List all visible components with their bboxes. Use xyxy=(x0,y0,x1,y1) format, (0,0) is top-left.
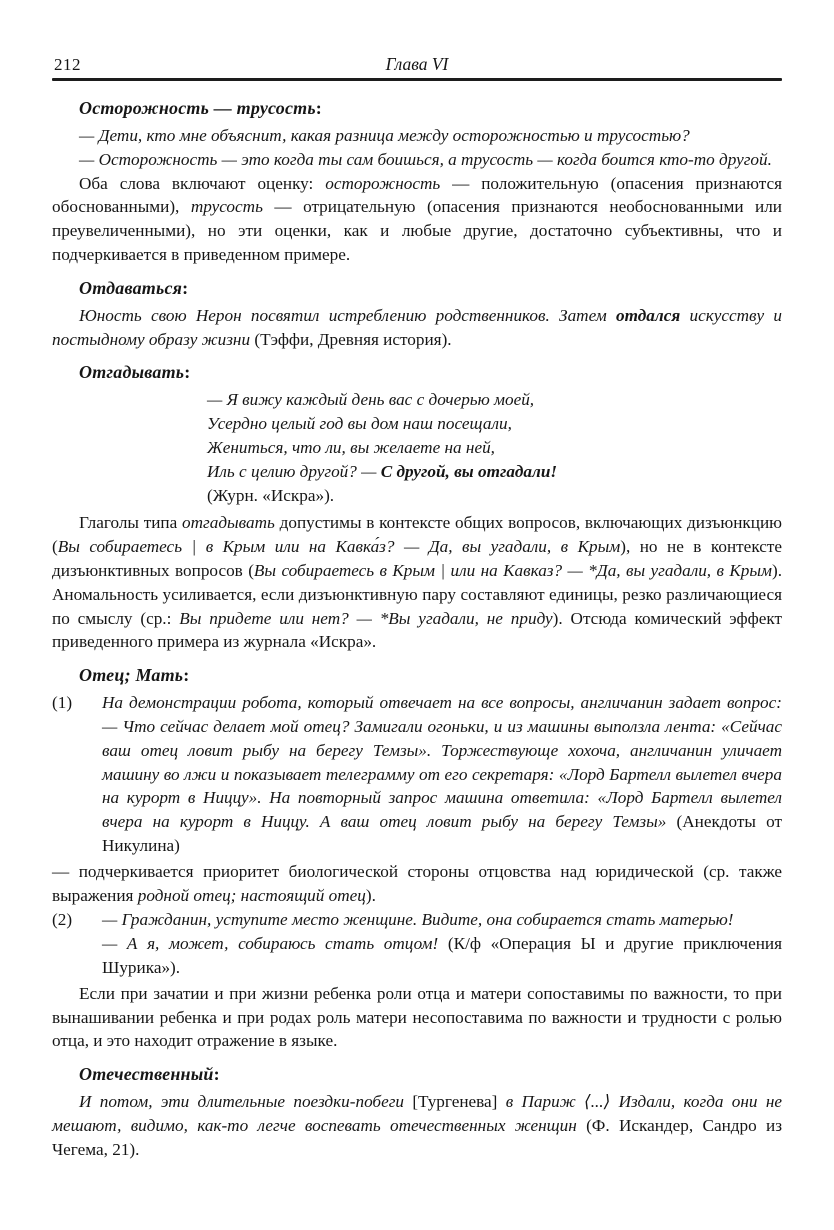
header-rule xyxy=(52,78,782,81)
body-paragraph: — подчеркивается приоритет биологической… xyxy=(52,860,782,908)
text-run: Отгадывать xyxy=(79,362,184,382)
quote-paragraph: Юность свою Нерон посвятил истреблению р… xyxy=(52,304,782,352)
text-run: Вы придете или нет? — *Вы угадали, не пр… xyxy=(179,609,552,628)
example-number: (1) xyxy=(52,691,102,858)
text-run: Отец; Мать xyxy=(79,665,183,685)
text-run: родной отец; настоящий отец xyxy=(138,886,366,905)
verse-block: — Я вижу каждый день вас с дочерью моей,… xyxy=(52,388,782,507)
example-paragraph: На демонстрации робота, который отвечает… xyxy=(102,691,782,858)
text-run: : xyxy=(316,98,322,118)
text-run: Усердно целый год вы дом наш посещали, xyxy=(207,414,512,433)
verse-line: Жениться, что ли, вы желаете на ней, xyxy=(207,436,782,460)
entry-heading: Отечественный: xyxy=(52,1062,782,1086)
text-run: Если при зачатии и при жизни ребенка рол… xyxy=(52,984,782,1051)
quote-paragraph: — Дети, кто мне объяснит, какая разница … xyxy=(52,124,782,148)
text-run: отгадывать xyxy=(182,513,275,532)
numbered-example: (2)— Гражданин, уступите место женщине. … xyxy=(52,908,782,979)
text-run: (Журн. «Искра»). xyxy=(207,486,334,505)
entry-heading: Осторожность — трусость: xyxy=(52,96,782,120)
text-run: : xyxy=(183,665,189,685)
text-run: осторожность xyxy=(325,174,440,193)
verse-line: Иль с целию другой? — С другой, вы отгад… xyxy=(207,460,782,484)
example-paragraph: — Гражданин, уступите место женщине. Вид… xyxy=(102,908,782,932)
text-run: Жениться, что ли, вы желаете на ней, xyxy=(207,438,495,457)
text-run: : xyxy=(182,278,188,298)
text-run: : xyxy=(214,1064,220,1084)
example-body: На демонстрации робота, который отвечает… xyxy=(102,691,782,858)
quote-paragraph: И потом, эти длительные поездки-побеги [… xyxy=(52,1090,782,1161)
example-paragraph: — А я, может, собираюсь стать отцом! (К/… xyxy=(102,932,782,980)
text-run: И потом, эти длительные поездки-побеги xyxy=(79,1092,412,1111)
example-number: (2) xyxy=(52,908,102,979)
chapter-title: Глава VI xyxy=(52,54,782,75)
text-run: Вы собираетесь | в Крым или на Кавка́з? … xyxy=(58,537,621,556)
text-run: На демонстрации робота, который отвечает… xyxy=(102,693,782,831)
body-paragraph: Если при зачатии и при жизни ребенка рол… xyxy=(52,982,782,1053)
body-paragraph: Глаголы типа отгадывать допустимы в конт… xyxy=(52,511,782,654)
text-run: Вы собираетесь в Крым | или на Кавказ? —… xyxy=(254,561,772,580)
entry-heading: Отгадывать: xyxy=(52,360,782,384)
text-run: (Тэффи, Древняя история). xyxy=(250,330,452,349)
text-run: Оба слова включают оценку: xyxy=(79,174,325,193)
text-run: — А я, может, собираюсь стать отцом! xyxy=(102,934,438,953)
text-run: — Гражданин, уступите место женщине. Вид… xyxy=(102,910,734,929)
text-run: трусость xyxy=(191,197,263,216)
example-body: — Гражданин, уступите место женщине. Вид… xyxy=(102,908,782,979)
text-run: Отечественный xyxy=(79,1064,214,1084)
text-run: ). xyxy=(366,886,376,905)
text-run: отдался xyxy=(616,306,680,325)
text-run: : xyxy=(184,362,190,382)
body-paragraph: Оба слова включают оценку: осторожность … xyxy=(52,172,782,267)
text-run: Юность свою Нерон посвятил истреблению р… xyxy=(79,306,616,325)
entry-heading: Отец; Мать: xyxy=(52,663,782,687)
text-run: Иль с целию другой? — xyxy=(207,462,381,481)
text-run: — Осторожность — это когда ты сам боишьс… xyxy=(79,150,772,169)
book-page: 212 Глава VI Осторожность — трусость:— Д… xyxy=(0,0,834,1230)
verse-line: — Я вижу каждый день вас с дочерью моей, xyxy=(207,388,782,412)
text-run: Осторожность — трусость xyxy=(79,98,316,118)
text-run: Глаголы типа xyxy=(79,513,182,532)
text-run: — Дети, кто мне объяснит, какая разница … xyxy=(79,126,690,145)
page-body: Осторожность — трусость:— Дети, кто мне … xyxy=(52,96,782,1161)
running-header: 212 Глава VI xyxy=(52,50,782,78)
verse-line: (Журн. «Искра»). xyxy=(207,484,782,508)
verse-line: Усердно целый год вы дом наш посещали, xyxy=(207,412,782,436)
text-run: — Я вижу каждый день вас с дочерью моей, xyxy=(207,390,534,409)
numbered-example: (1)На демонстрации робота, который отвеч… xyxy=(52,691,782,858)
quote-paragraph: — Осторожность — это когда ты сам боишьс… xyxy=(52,148,782,172)
text-run: [Тургенева] xyxy=(412,1092,497,1111)
text-run: Отдаваться xyxy=(79,278,182,298)
entry-heading: Отдаваться: xyxy=(52,276,782,300)
text-run: С другой, вы отгадали! xyxy=(381,462,557,481)
